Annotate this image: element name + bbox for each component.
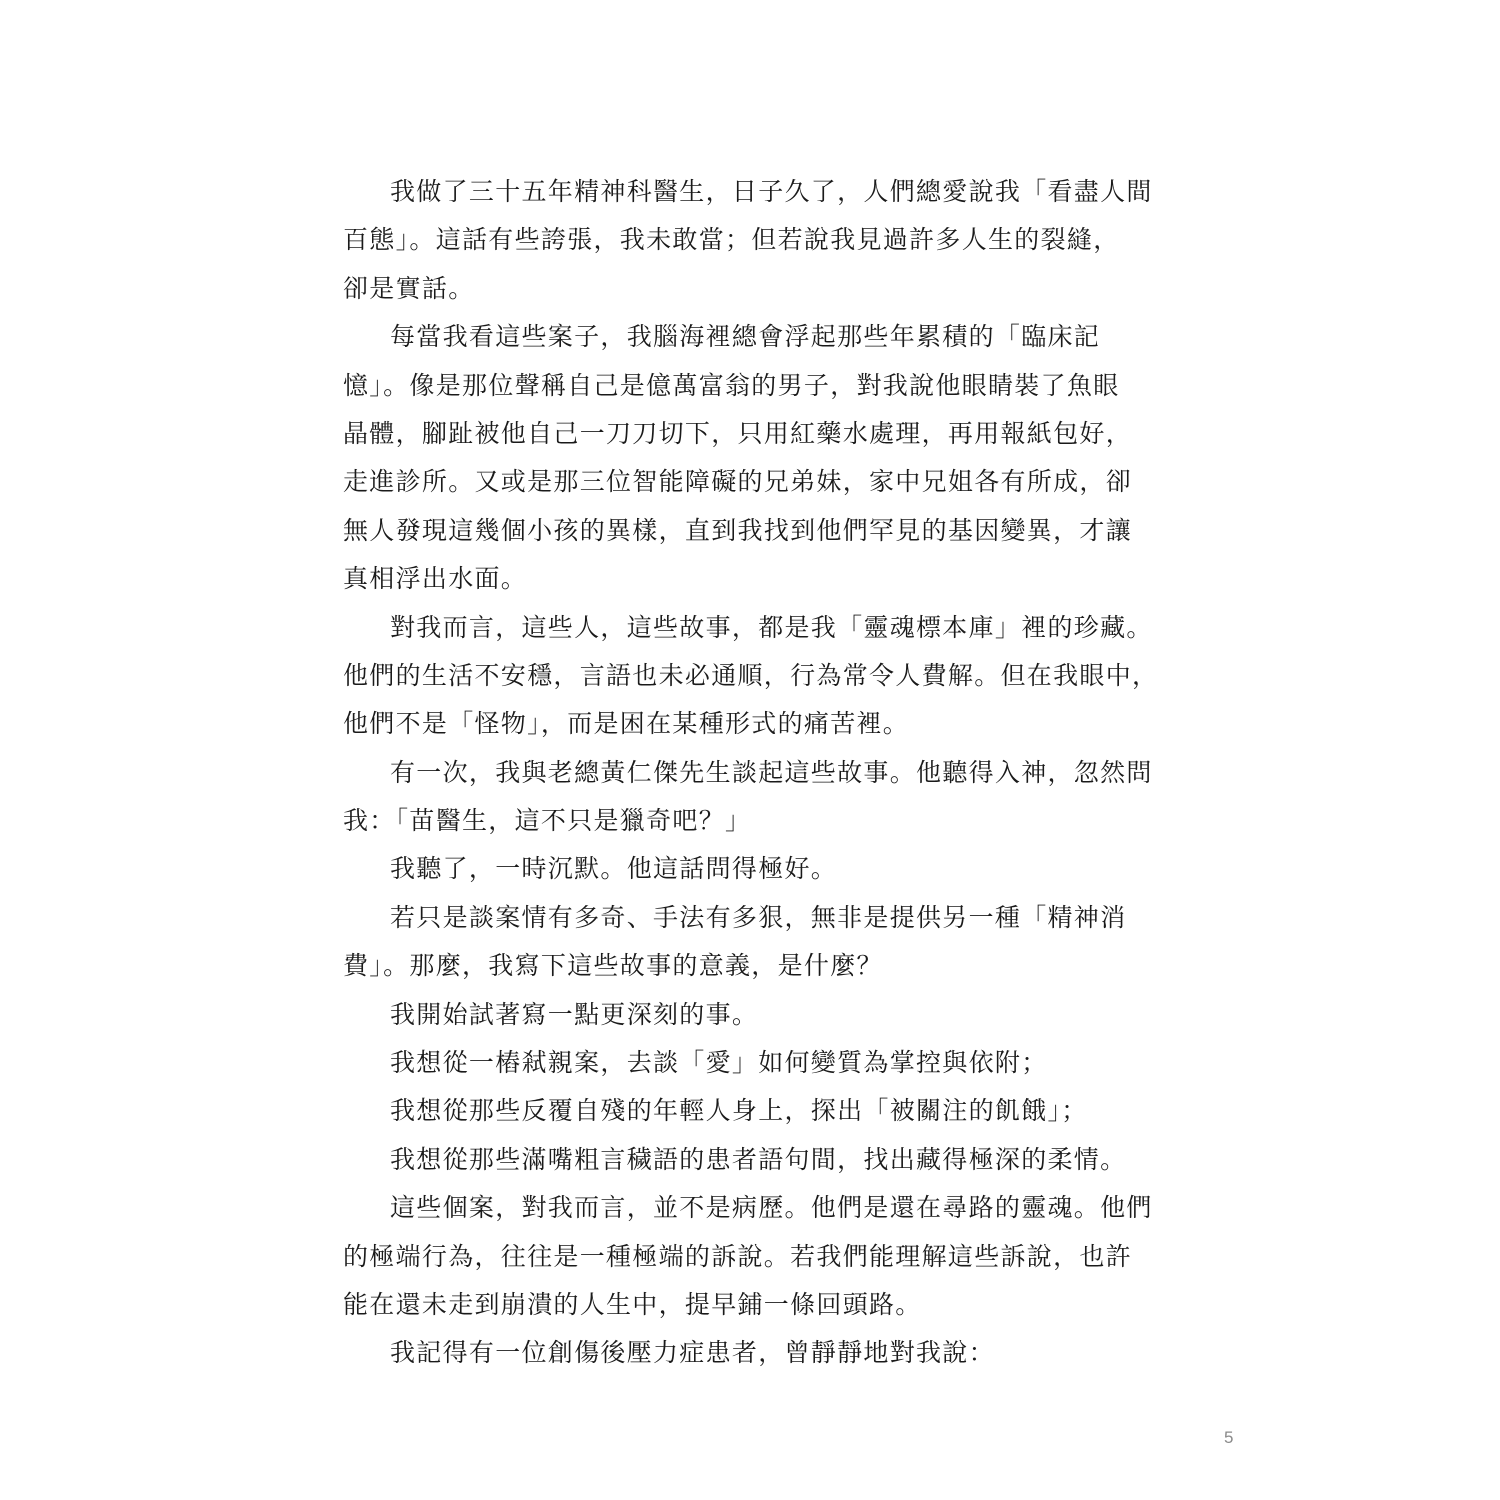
text-line: 每當我看這些案子，我腦海裡總會浮起那些年累積的「臨床記: [343, 317, 1163, 365]
paragraph: 我做了三十五年精神科醫生，日子久了，人們總愛說我「看盡人間 百態」。這話有些誇張…: [343, 172, 1163, 317]
body-text: 我做了三十五年精神科醫生，日子久了，人們總愛說我「看盡人間 百態」。這話有些誇張…: [343, 172, 1163, 1382]
text-line: 無人發現這幾個小孩的異樣，直到我找到他們罕見的基因變異，才讓: [343, 511, 1163, 559]
paragraph: 每當我看這些案子，我腦海裡總會浮起那些年累積的「臨床記 憶」。像是那位聲稱自己是…: [343, 317, 1163, 607]
document-page: 我做了三十五年精神科醫生，日子久了，人們總愛說我「看盡人間 百態」。這話有些誇張…: [0, 0, 1500, 1500]
text-line: 我聽了，一時沉默。他這話問得極好。: [343, 849, 1163, 897]
text-line: 我想從那些反覆自殘的年輕人身上，探出「被關注的飢餓」；: [343, 1091, 1163, 1139]
text-line: 能在還未走到崩潰的人生中，提早鋪一條回頭路。: [343, 1285, 1163, 1333]
text-line: 他們不是「怪物」，而是困在某種形式的痛苦裡。: [343, 704, 1163, 752]
text-line: 真相浮出水面。: [343, 559, 1163, 607]
text-line: 對我而言，這些人，這些故事，都是我「靈魂標本庫」裡的珍藏。: [343, 608, 1163, 656]
text-line: 憶」。像是那位聲稱自己是億萬富翁的男子，對我說他眼睛裝了魚眼: [343, 366, 1163, 414]
page-number: 5: [1224, 1428, 1233, 1448]
paragraph: 這些個案，對我而言，並不是病歷。他們是還在尋路的靈魂。他們 的極端行為，往往是一…: [343, 1188, 1163, 1333]
text-line: 卻是實話。: [343, 269, 1163, 317]
paragraph: 我想從那些反覆自殘的年輕人身上，探出「被關注的飢餓」；: [343, 1091, 1163, 1139]
text-line: 走進診所。又或是那三位智能障礙的兄弟妹，家中兄姐各有所成，卻: [343, 462, 1163, 510]
paragraph: 我記得有一位創傷後壓力症患者，曾靜靜地對我說：: [343, 1333, 1163, 1381]
text-line: 我開始試著寫一點更深刻的事。: [343, 995, 1163, 1043]
text-line: 我記得有一位創傷後壓力症患者，曾靜靜地對我說：: [343, 1333, 1163, 1381]
text-line: 我想從一樁弒親案，去談「愛」如何變質為掌控與依附；: [343, 1043, 1163, 1091]
paragraph: 有一次，我與老總黃仁傑先生談起這些故事。他聽得入神，忽然問 我：「苗醫生，這不只…: [343, 753, 1163, 850]
text-line: 若只是談案情有多奇、手法有多狠，無非是提供另一種「精神消: [343, 898, 1163, 946]
text-line: 的極端行為，往往是一種極端的訴說。若我們能理解這些訴說，也許: [343, 1237, 1163, 1285]
paragraph: 我開始試著寫一點更深刻的事。: [343, 995, 1163, 1043]
text-line: 這些個案，對我而言，並不是病歷。他們是還在尋路的靈魂。他們: [343, 1188, 1163, 1236]
text-line: 百態」。這話有些誇張，我未敢當；但若說我見過許多人生的裂縫，: [343, 220, 1163, 268]
paragraph: 若只是談案情有多奇、手法有多狠，無非是提供另一種「精神消 費」。那麼，我寫下這些…: [343, 898, 1163, 995]
paragraph: 我聽了，一時沉默。他這話問得極好。: [343, 849, 1163, 897]
paragraph: 我想從一樁弒親案，去談「愛」如何變質為掌控與依附；: [343, 1043, 1163, 1091]
paragraph: 我想從那些滿嘴粗言穢語的患者語句間，找出藏得極深的柔情。: [343, 1140, 1163, 1188]
text-line: 我想從那些滿嘴粗言穢語的患者語句間，找出藏得極深的柔情。: [343, 1140, 1163, 1188]
text-line: 有一次，我與老總黃仁傑先生談起這些故事。他聽得入神，忽然問: [343, 753, 1163, 801]
text-line: 我：「苗醫生，這不只是獵奇吧？」: [343, 801, 1163, 849]
text-line: 費」。那麼，我寫下這些故事的意義，是什麼？: [343, 946, 1163, 994]
text-line: 晶體，腳趾被他自己一刀刀切下，只用紅藥水處理，再用報紙包好，: [343, 414, 1163, 462]
text-line: 我做了三十五年精神科醫生，日子久了，人們總愛說我「看盡人間: [343, 172, 1163, 220]
paragraph: 對我而言，這些人，這些故事，都是我「靈魂標本庫」裡的珍藏。 他們的生活不安穩，言…: [343, 608, 1163, 753]
text-line: 他們的生活不安穩，言語也未必通順，行為常令人費解。但在我眼中，: [343, 656, 1163, 704]
